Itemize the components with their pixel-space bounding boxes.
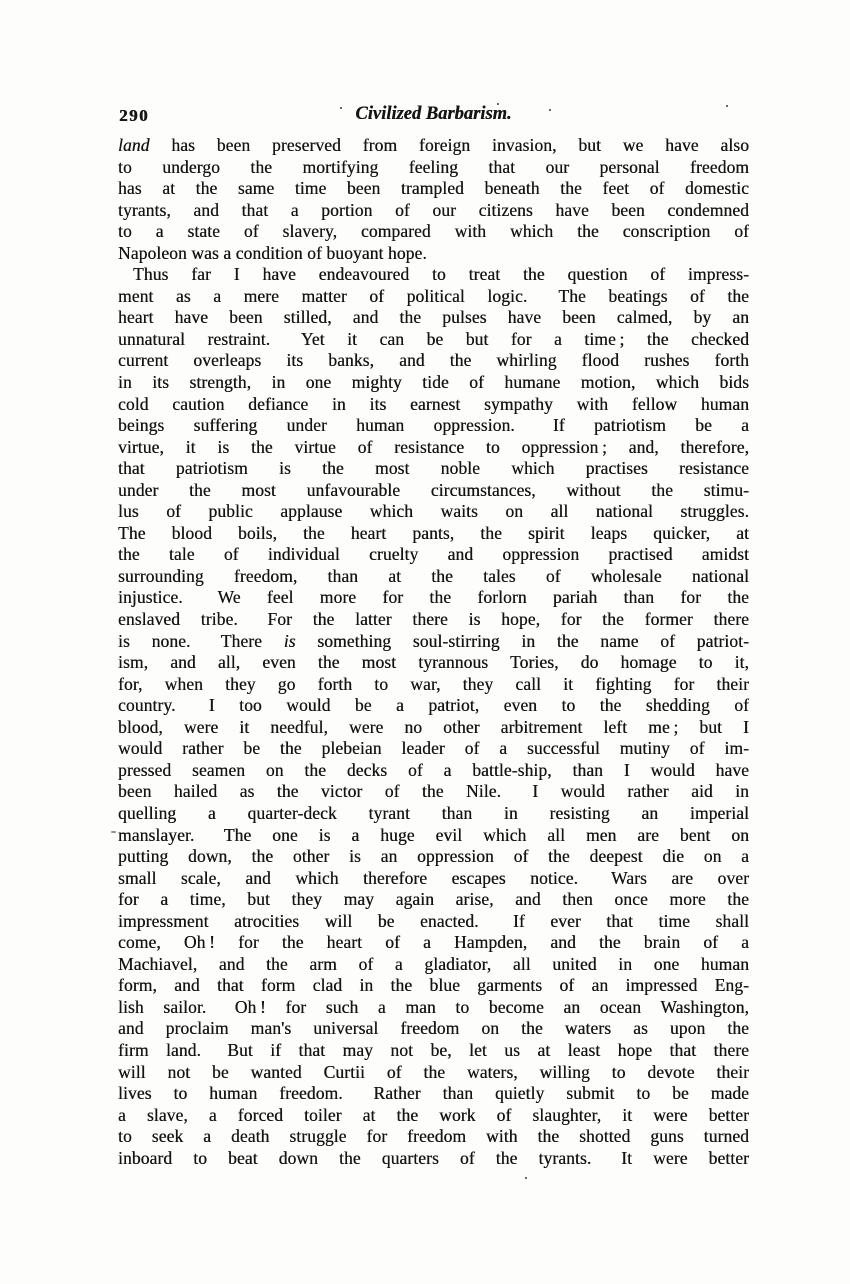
- text-line: land has been preserved from foreign inv…: [118, 135, 749, 157]
- text-run: ism, and all, even the most tyrannous To…: [118, 652, 749, 672]
- scan-speck: [497, 103, 499, 105]
- text-run: Napoleon was a condition of buoyant hope…: [118, 243, 427, 263]
- text-line: injustice. We feel more for the forlorn …: [118, 587, 749, 609]
- text-run: cold caution defiance in its earnest sym…: [118, 394, 749, 414]
- text-line: would rather be the plebeian leader of a…: [118, 738, 749, 760]
- text-line: has at the same time been trampled benea…: [118, 178, 749, 200]
- text-run: Thus far I have endeavoured to treat the…: [133, 264, 749, 284]
- text-line: that patriotism is the most noble which …: [118, 458, 749, 480]
- text-run: lives to human freedom. Rather than quie…: [118, 1083, 749, 1103]
- text-line: Napoleon was a condition of buoyant hope…: [118, 243, 749, 265]
- text-line: Thus far I have endeavoured to treat the…: [118, 264, 749, 286]
- text-line: firm land. But if that may not be, let u…: [118, 1040, 749, 1062]
- text-run: blood, were it needful, were no other ar…: [118, 717, 749, 737]
- text-line: 'to undergo the mortifying feeling that …: [118, 157, 749, 179]
- text-run: been hailed as the victor of the Nile. I…: [118, 781, 749, 801]
- scan-speck: [726, 105, 728, 107]
- text-line: small scale, and which therefore escapes…: [118, 868, 749, 890]
- text-run: to undergo the mortifying feeling that o…: [118, 157, 749, 177]
- text-run: small scale, and which therefore escapes…: [118, 868, 749, 888]
- text-run: unnatural restraint. Yet it can be but f…: [118, 329, 749, 349]
- text-run: current overleaps its banks, and the whi…: [118, 350, 749, 370]
- text-line: inboard to beat down the quarters of the…: [118, 1148, 749, 1170]
- text-line: to seek a death struggle for freedom wit…: [118, 1126, 749, 1148]
- text-run: virtue, it is the virtue of resistance t…: [118, 437, 749, 457]
- text-run: putting down, the other is an oppression…: [118, 846, 749, 866]
- text-run: enslaved tribe. For the latter there is …: [118, 609, 749, 629]
- text-line: the tale of individual cruelty and oppre…: [118, 544, 749, 566]
- text-run: firm land. But if that may not be, let u…: [118, 1040, 749, 1060]
- scanned-page: 290 Civilized Barbarism. land has been p…: [118, 104, 749, 1169]
- text-run: tyrants, and that a portion of our citiz…: [118, 200, 749, 220]
- text-run: and proclaim man's universal freedom on …: [118, 1018, 749, 1038]
- text-line: enslaved tribe. For the latter there is …: [118, 609, 749, 631]
- text-line: `current overleaps its banks, and the wh…: [118, 350, 749, 372]
- text-line: heart have been stilled, and the pulses …: [118, 307, 749, 329]
- text-run: under the most unfavourable circumstance…: [118, 480, 749, 500]
- text-run: the tale of individual cruelty and oppre…: [118, 544, 749, 564]
- text-run: country. I too would be a patriot, even …: [118, 695, 749, 715]
- text-run: quelling a quarter-deck tyrant than in r…: [118, 803, 749, 823]
- text-run: pressed seamen on the decks of a battle-…: [118, 760, 749, 780]
- text-run: for a time, but they may again arise, an…: [118, 889, 749, 909]
- text-line: for a time, but they may again arise, an…: [118, 889, 749, 911]
- text-line: quelling a quarter-deck tyrant than in r…: [118, 803, 749, 825]
- text-run: that patriotism is the most noble which …: [118, 458, 749, 478]
- text-run: has at the same time been trampled benea…: [118, 178, 749, 198]
- scan-speck: [340, 107, 342, 109]
- text-line: putting down, the other is an oppression…: [118, 846, 749, 868]
- text-line: is none. There is something soul-stirrin…: [118, 631, 749, 653]
- text-run: would rather be the plebeian leader of a…: [118, 738, 749, 758]
- italic-text-run: is: [284, 631, 296, 651]
- text-run: to a state of slavery, compared with whi…: [118, 221, 749, 241]
- text-line: for, when they go forth to war, they cal…: [118, 674, 749, 696]
- text-run: beings suffering under human oppression.…: [118, 415, 749, 435]
- text-line: and proclaim man's universal freedom on …: [118, 1018, 749, 1040]
- text-line: to a state of slavery, compared with whi…: [118, 221, 749, 243]
- text-run: inboard to beat down the quarters of the…: [118, 1148, 749, 1168]
- text-run: lish sailor. Oh ! for such a man to beco…: [118, 997, 749, 1017]
- scan-speck: [525, 1177, 527, 1179]
- page-number: 290: [119, 106, 149, 126]
- text-run: has been preserved from foreign invasion…: [150, 135, 749, 155]
- running-head: 290 Civilized Barbarism.: [118, 104, 749, 128]
- text-line: in its strength, in one mighty tide of h…: [118, 372, 749, 394]
- italic-text-run: land: [118, 135, 150, 155]
- text-line: under the most unfavourable circumstance…: [118, 480, 749, 502]
- text-run: manslayer. The one is a huge evil which …: [118, 825, 749, 845]
- text-line: lives to human freedom. Rather than quie…: [118, 1083, 749, 1105]
- text-run: a slave, a forced toiler at the work of …: [118, 1105, 749, 1125]
- text-line: beings suffering under human oppression.…: [118, 415, 749, 437]
- text-line: ment as a mere matter of political logic…: [118, 286, 749, 308]
- text-line: country. I too would be a patriot, even …: [118, 695, 749, 717]
- text-line: tyrants, and that a portion of our citiz…: [118, 200, 749, 222]
- text-run: to seek a death struggle for freedom wit…: [118, 1126, 749, 1146]
- text-line: manslayer. The one is a huge evil which …: [118, 825, 749, 847]
- text-run: The blood boils, the heart pants, the sp…: [118, 523, 749, 543]
- text-line: a slave, a forced toiler at the work of …: [118, 1105, 749, 1127]
- text-run: form, and that form clad in the blue gar…: [118, 975, 749, 995]
- text-line: will not be wanted Curtii of the waters,…: [118, 1062, 749, 1084]
- text-line: lish sailor. Oh ! for such a man to beco…: [118, 997, 749, 1019]
- text-line: pressed seamen on the decks of a battle-…: [118, 760, 749, 782]
- text-line: been hailed as the victor of the Nile. I…: [118, 781, 749, 803]
- text-line: impressment atrocities will be enacted. …: [118, 911, 749, 933]
- text-line: virtue, it is the virtue of resistance t…: [118, 437, 749, 459]
- text-line: ism, and all, even the most tyrannous To…: [118, 652, 749, 674]
- text-line: cold caution defiance in its earnest sym…: [118, 394, 749, 416]
- text-run: ment as a mere matter of political logic…: [118, 286, 749, 306]
- text-run: Machiavel, and the arm of a gladiator, a…: [118, 954, 749, 974]
- text-run: surrounding freedom, than at the tales o…: [118, 566, 749, 586]
- text-line: come, Oh ! for the heart of a Hampden, a…: [118, 932, 749, 954]
- text-run: will not be wanted Curtii of the waters,…: [118, 1062, 749, 1082]
- text-line: lus of public applause which waits on al…: [118, 501, 749, 523]
- text-run: heart have been stilled, and the pulses …: [118, 307, 749, 327]
- text-run: injustice. We feel more for the forlorn …: [118, 587, 749, 607]
- running-title: Civilized Barbarism.: [118, 104, 749, 125]
- text-run: in its strength, in one mighty tide of h…: [118, 372, 749, 392]
- text-line: surrounding freedom, than at the tales o…: [118, 566, 749, 588]
- text-run: is none. There: [118, 631, 284, 651]
- text-run: for, when they go forth to war, they cal…: [118, 674, 749, 694]
- text-line: Machiavel, and the arm of a gladiator, a…: [118, 954, 749, 976]
- text-line: form, and that form clad in the blue gar…: [118, 975, 749, 997]
- text-run: impressment atrocities will be enacted. …: [118, 911, 749, 931]
- body-text: land has been preserved from foreign inv…: [118, 135, 749, 1169]
- scan-speck: [111, 831, 116, 833]
- text-line: blood, were it needful, were no other ar…: [118, 717, 749, 739]
- text-run: lus of public applause which waits on al…: [118, 501, 749, 521]
- text-run: come, Oh ! for the heart of a Hampden, a…: [118, 932, 749, 952]
- text-line: unnatural restraint. Yet it can be but f…: [118, 329, 749, 351]
- text-line: The blood boils, the heart pants, the sp…: [118, 523, 749, 545]
- scan-speck: [549, 109, 551, 111]
- text-run: something soul-stirring in the name of p…: [296, 631, 749, 651]
